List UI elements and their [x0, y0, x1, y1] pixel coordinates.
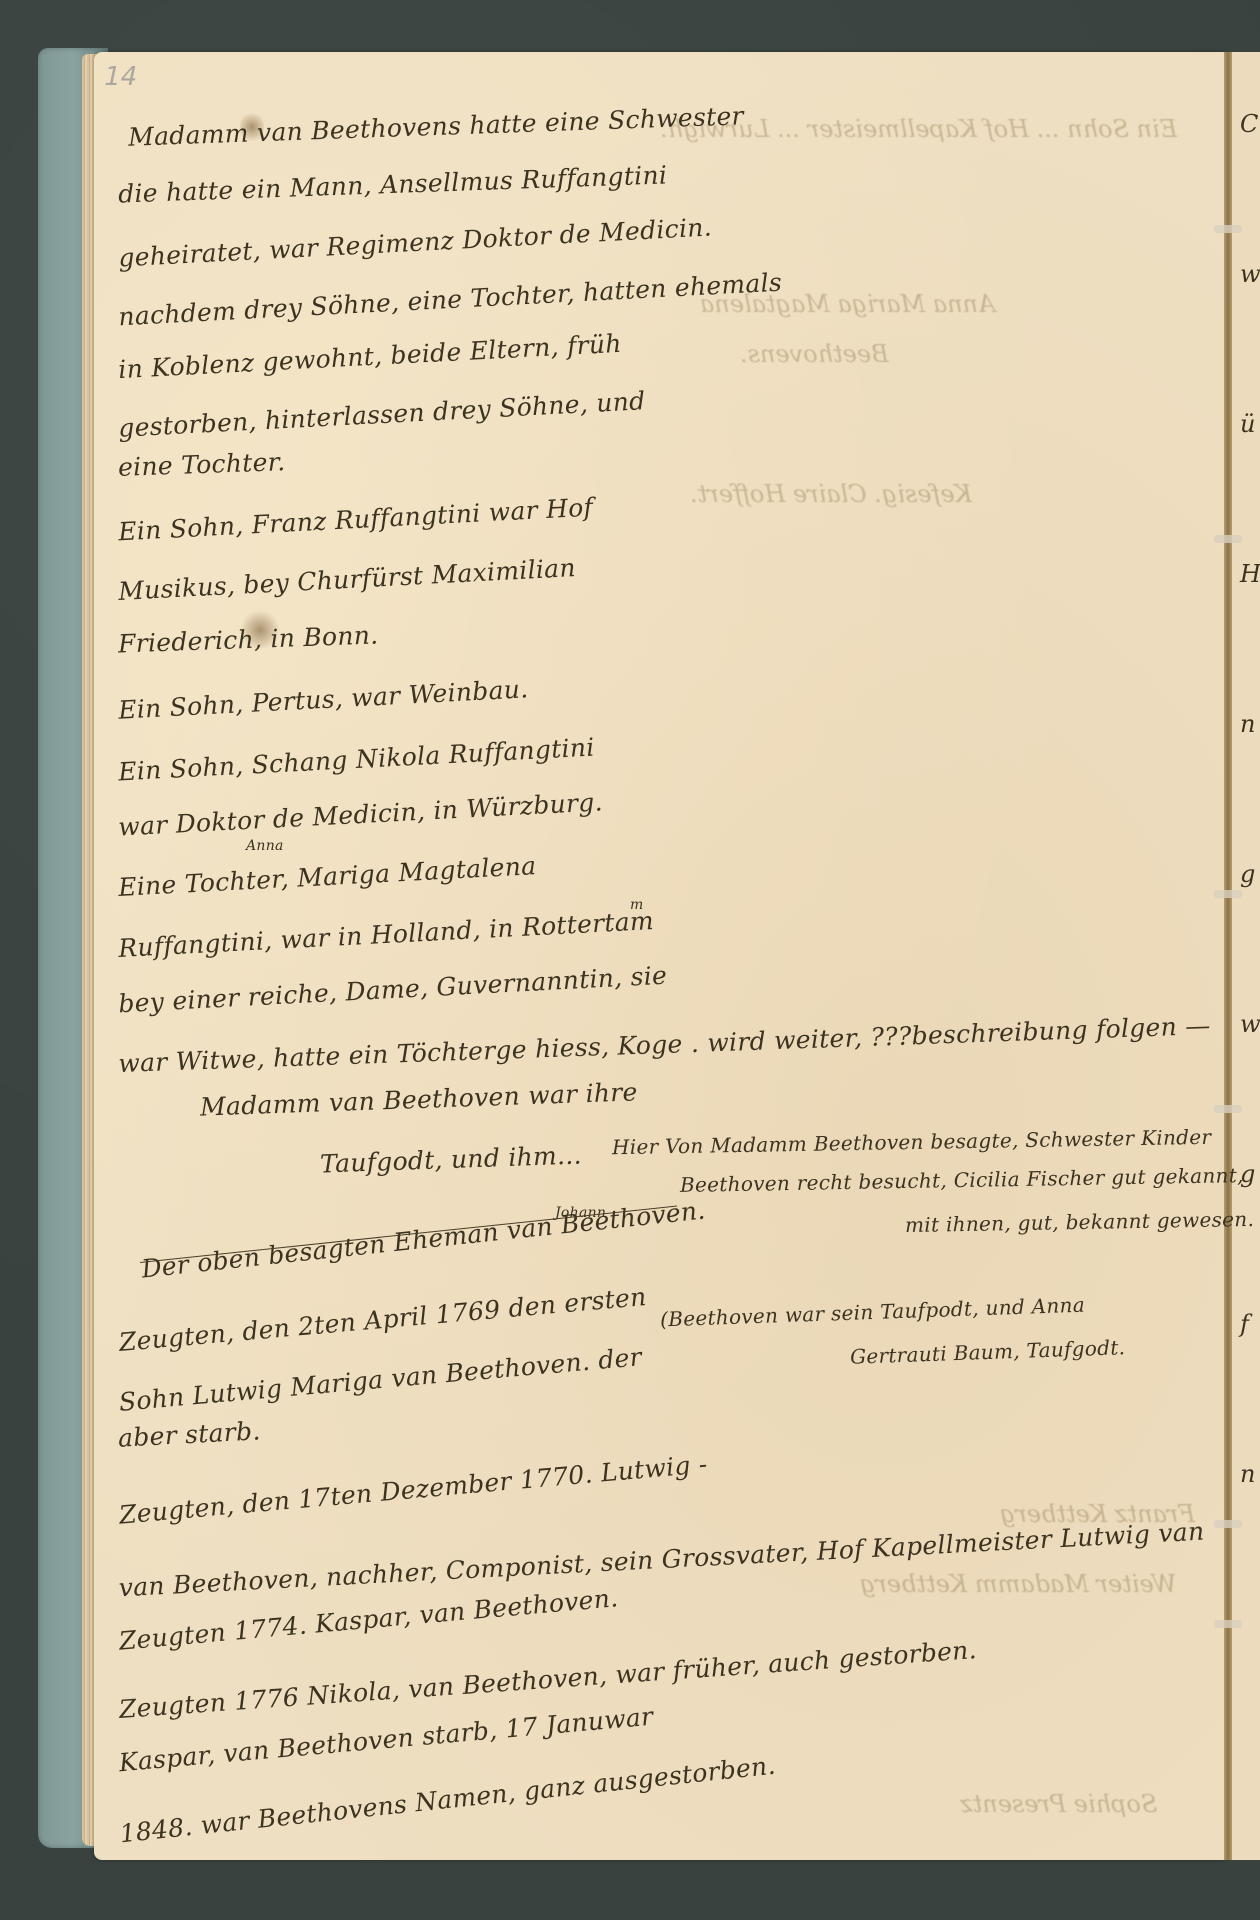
- next-page-fragment: f: [1240, 1310, 1249, 1338]
- binding-stitch: [1214, 1620, 1242, 1628]
- next-page-fragment: g: [1240, 1160, 1255, 1188]
- binding-stitch: [1214, 1520, 1242, 1528]
- next-page-fragment: H: [1240, 560, 1260, 588]
- next-page-fragment: g: [1240, 860, 1255, 888]
- superscript-note: Anna: [246, 838, 284, 854]
- next-page-fragment: n: [1240, 710, 1255, 738]
- next-page-fragment: C: [1240, 110, 1258, 138]
- manuscript-line: eine Tochter.: [118, 447, 286, 482]
- bleed-through-line: Beethovens.: [740, 340, 889, 368]
- page-number: 14: [101, 62, 140, 92]
- bleed-through-line: Weiter Madamm Kettberg: [860, 1570, 1176, 1598]
- next-page-edge: [1232, 52, 1260, 1860]
- bleed-through-line: Sophie Presentz: [960, 1790, 1157, 1818]
- binding-stitch: [1214, 225, 1242, 233]
- binding-stitch: [1214, 1105, 1242, 1113]
- binding-stitch: [1214, 890, 1242, 898]
- superscript-note: m: [630, 897, 644, 913]
- next-page-fragment: w: [1240, 260, 1260, 288]
- next-page-fragment: n: [1240, 1460, 1255, 1488]
- binding-stitch: [1214, 535, 1242, 543]
- next-page-fragment: ü: [1240, 410, 1255, 438]
- bleed-through-line: Kefesig. Claire Hoffert.: [690, 480, 972, 508]
- binding-gutter: [1224, 52, 1232, 1860]
- next-page-fragment: w: [1240, 1010, 1260, 1038]
